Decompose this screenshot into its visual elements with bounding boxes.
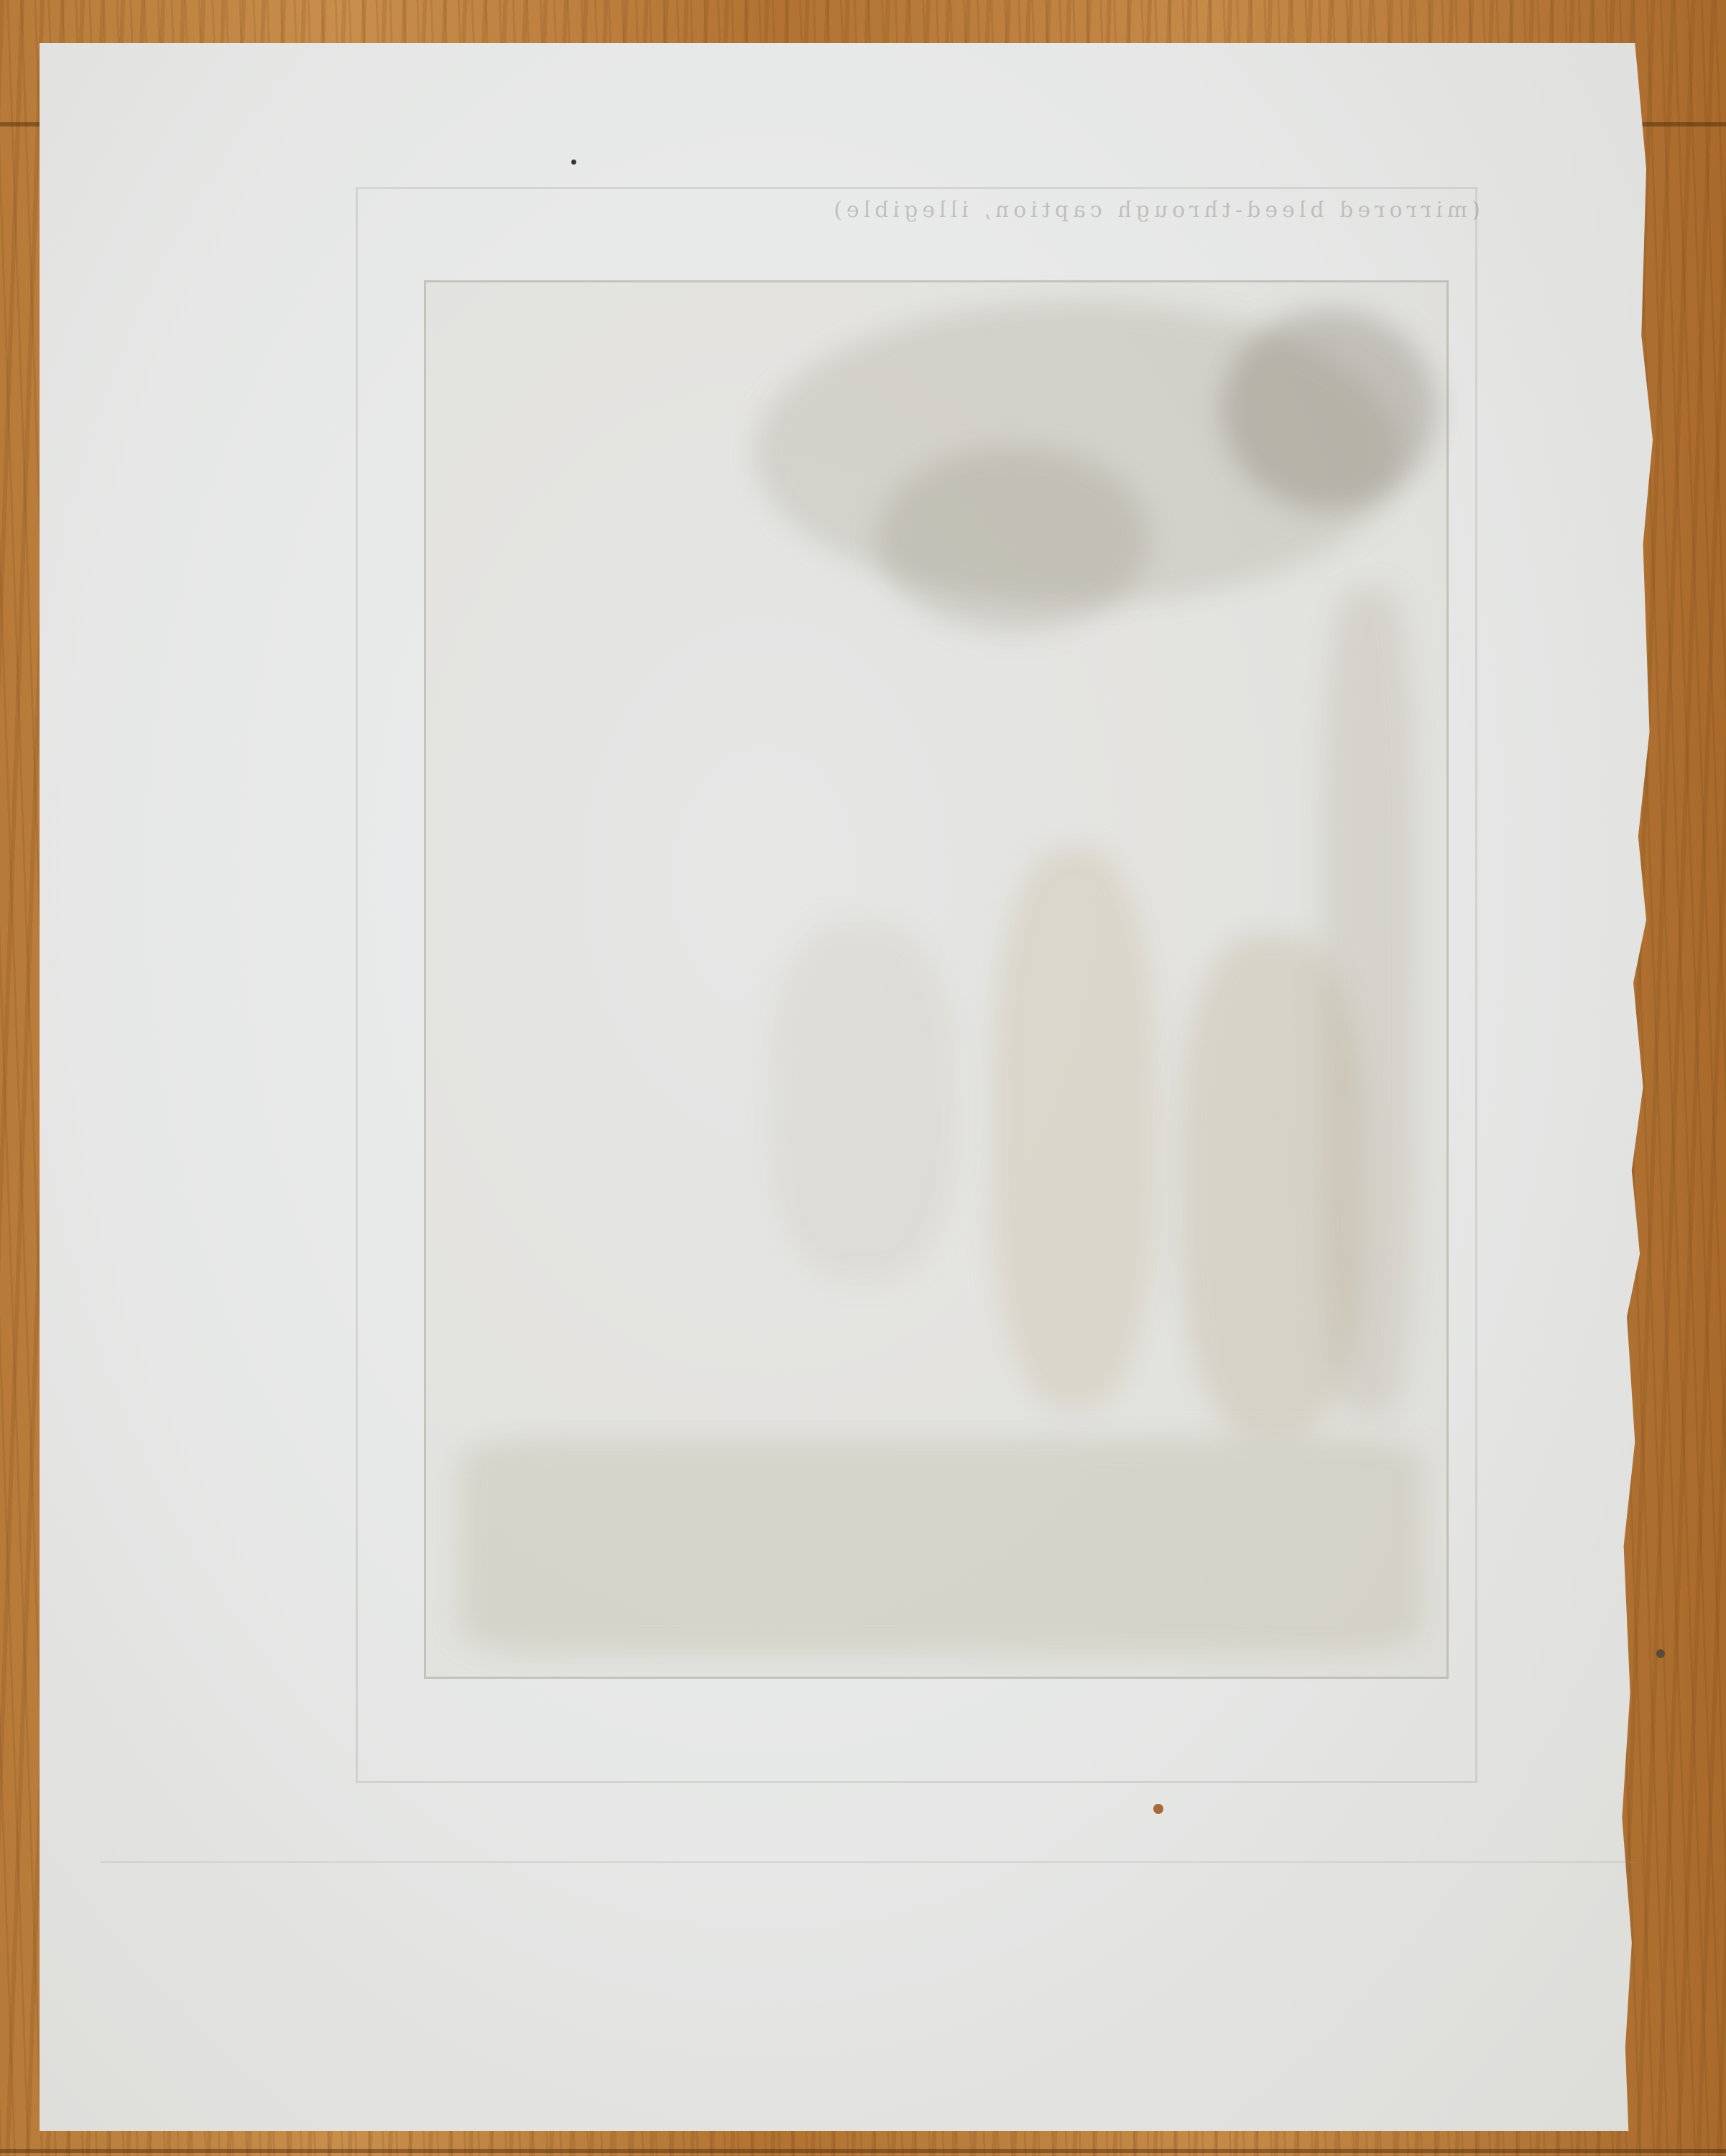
foxing-stain	[1153, 1804, 1163, 1814]
mirrored-caption: (mirrored bleed-through caption, illegib…	[460, 198, 1480, 226]
dark-spot	[571, 160, 576, 165]
figure-left-ghost	[769, 920, 956, 1279]
ground-ghost	[460, 1437, 1423, 1653]
paper-fold-line	[101, 1861, 1638, 1863]
dark-spot	[1656, 1649, 1665, 1658]
figure-center-ghost	[992, 848, 1157, 1409]
palm-crown-ghost	[1222, 309, 1437, 510]
wood-plank-seam	[0, 2149, 1726, 2153]
palm-leaf-ghost	[877, 446, 1150, 632]
figure-right-ghost	[1178, 934, 1365, 1437]
